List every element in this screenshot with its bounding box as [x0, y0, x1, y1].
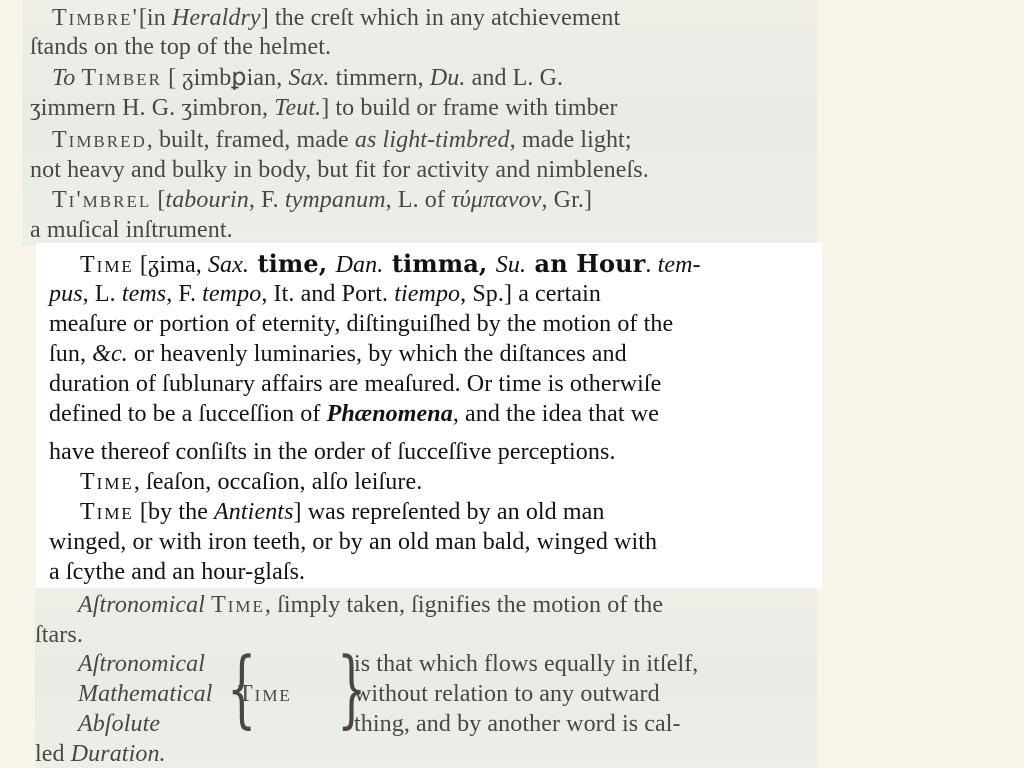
time-entry-1-line-1: Time [ᵹima, Sax. time, Dan. timma, Su. a… [80, 249, 701, 280]
brace-term-astronomical: Aſtronomical [78, 649, 205, 679]
entry-timbred-line-2: not heavy and bulky in body, but fit for… [30, 155, 649, 185]
entry-timbrel-line-2: a muſical inſtrument. [30, 215, 233, 245]
headword-time: Time [211, 592, 265, 618]
headword-time: Time [80, 252, 134, 278]
headword-timber: Timber [81, 65, 162, 91]
headword-timbred: Timbred [52, 127, 147, 153]
entry-timbre-line-1: Timbre'[in Heraldry] the creſt which in … [52, 3, 620, 33]
time-entry-1-line-5: duration of ſublunary affairs are meaſur… [49, 369, 661, 399]
brace-term-mathematical: Mathematical [78, 679, 213, 709]
astronomical-time-line-2: ſtars. [35, 620, 83, 650]
brace-term-absolute: Abſolute [78, 709, 160, 739]
headword-time: Time [80, 499, 134, 525]
entry-timbre-line-2: ſtands on the top of the helmet. [30, 32, 331, 62]
brace-definition-line-2: without relation to any outward [354, 679, 660, 709]
time-entry-1-line-6: defined to be a ſucceſſion of Phænomena,… [49, 399, 659, 429]
time-entry-1-line-7: have thereof conſiſts in the order of ſu… [49, 437, 616, 467]
time-entry-3-line-3: a ſcythe and an hour-glaſs. [49, 557, 305, 587]
scan-bottom-section: Aſtronomical Time, ſimply taken, ſignifi… [35, 588, 817, 768]
headword-time: Time [80, 469, 134, 495]
headword-timbre: Timbre' [52, 5, 139, 31]
time-entry-2: Time, ſeaſon, occaſion, alſo leiſure. [80, 467, 422, 497]
brace-definition-line-3: thing, and by another word is cal- [354, 709, 681, 739]
time-entry-1-line-2: pus, L. tems, F. tempo, It. and Port. ti… [49, 279, 601, 309]
brace-headword-time: Time [238, 679, 292, 709]
scan-top-section: Timbre'[in Heraldry] the creſt which in … [22, 0, 817, 246]
brace-definition-line-4: led Duration. [35, 739, 166, 768]
time-entry-1-line-4: ſun, &c. or heavenly luminaries, by whic… [49, 339, 627, 369]
headword-timbrel: Ti'mbrel [52, 187, 151, 213]
entry-timbred-line-1: Timbred, built, framed, made as light-ti… [52, 125, 632, 155]
brace-definition-line-1: is that which flows equally in itſelf, [354, 649, 698, 679]
time-entry-1-line-3: meaſure or portion of eternity, diſtingu… [49, 309, 673, 339]
astronomical-time-line-1: Aſtronomical Time, ſimply taken, ſignifi… [78, 590, 663, 620]
entry-timber-line-1: To Timber [ ᵹimbꝑian, Sax. timmern, Du. … [52, 63, 563, 93]
time-entry-3-line-2: winged, or with iron teeth, or by an old… [49, 527, 657, 557]
entry-timbrel-line-1: Ti'mbrel [tabourin, F. tympanum, L. of τ… [52, 185, 592, 215]
highlighted-time-entry: Time [ᵹima, Sax. time, Dan. timma, Su. a… [36, 243, 822, 589]
entry-timber-line-2: ʒimmern H. G. ʒimbron, Teut.] to build o… [30, 93, 618, 123]
time-entry-3-line-1: Time [by the Antients] was repreſented b… [80, 497, 605, 527]
